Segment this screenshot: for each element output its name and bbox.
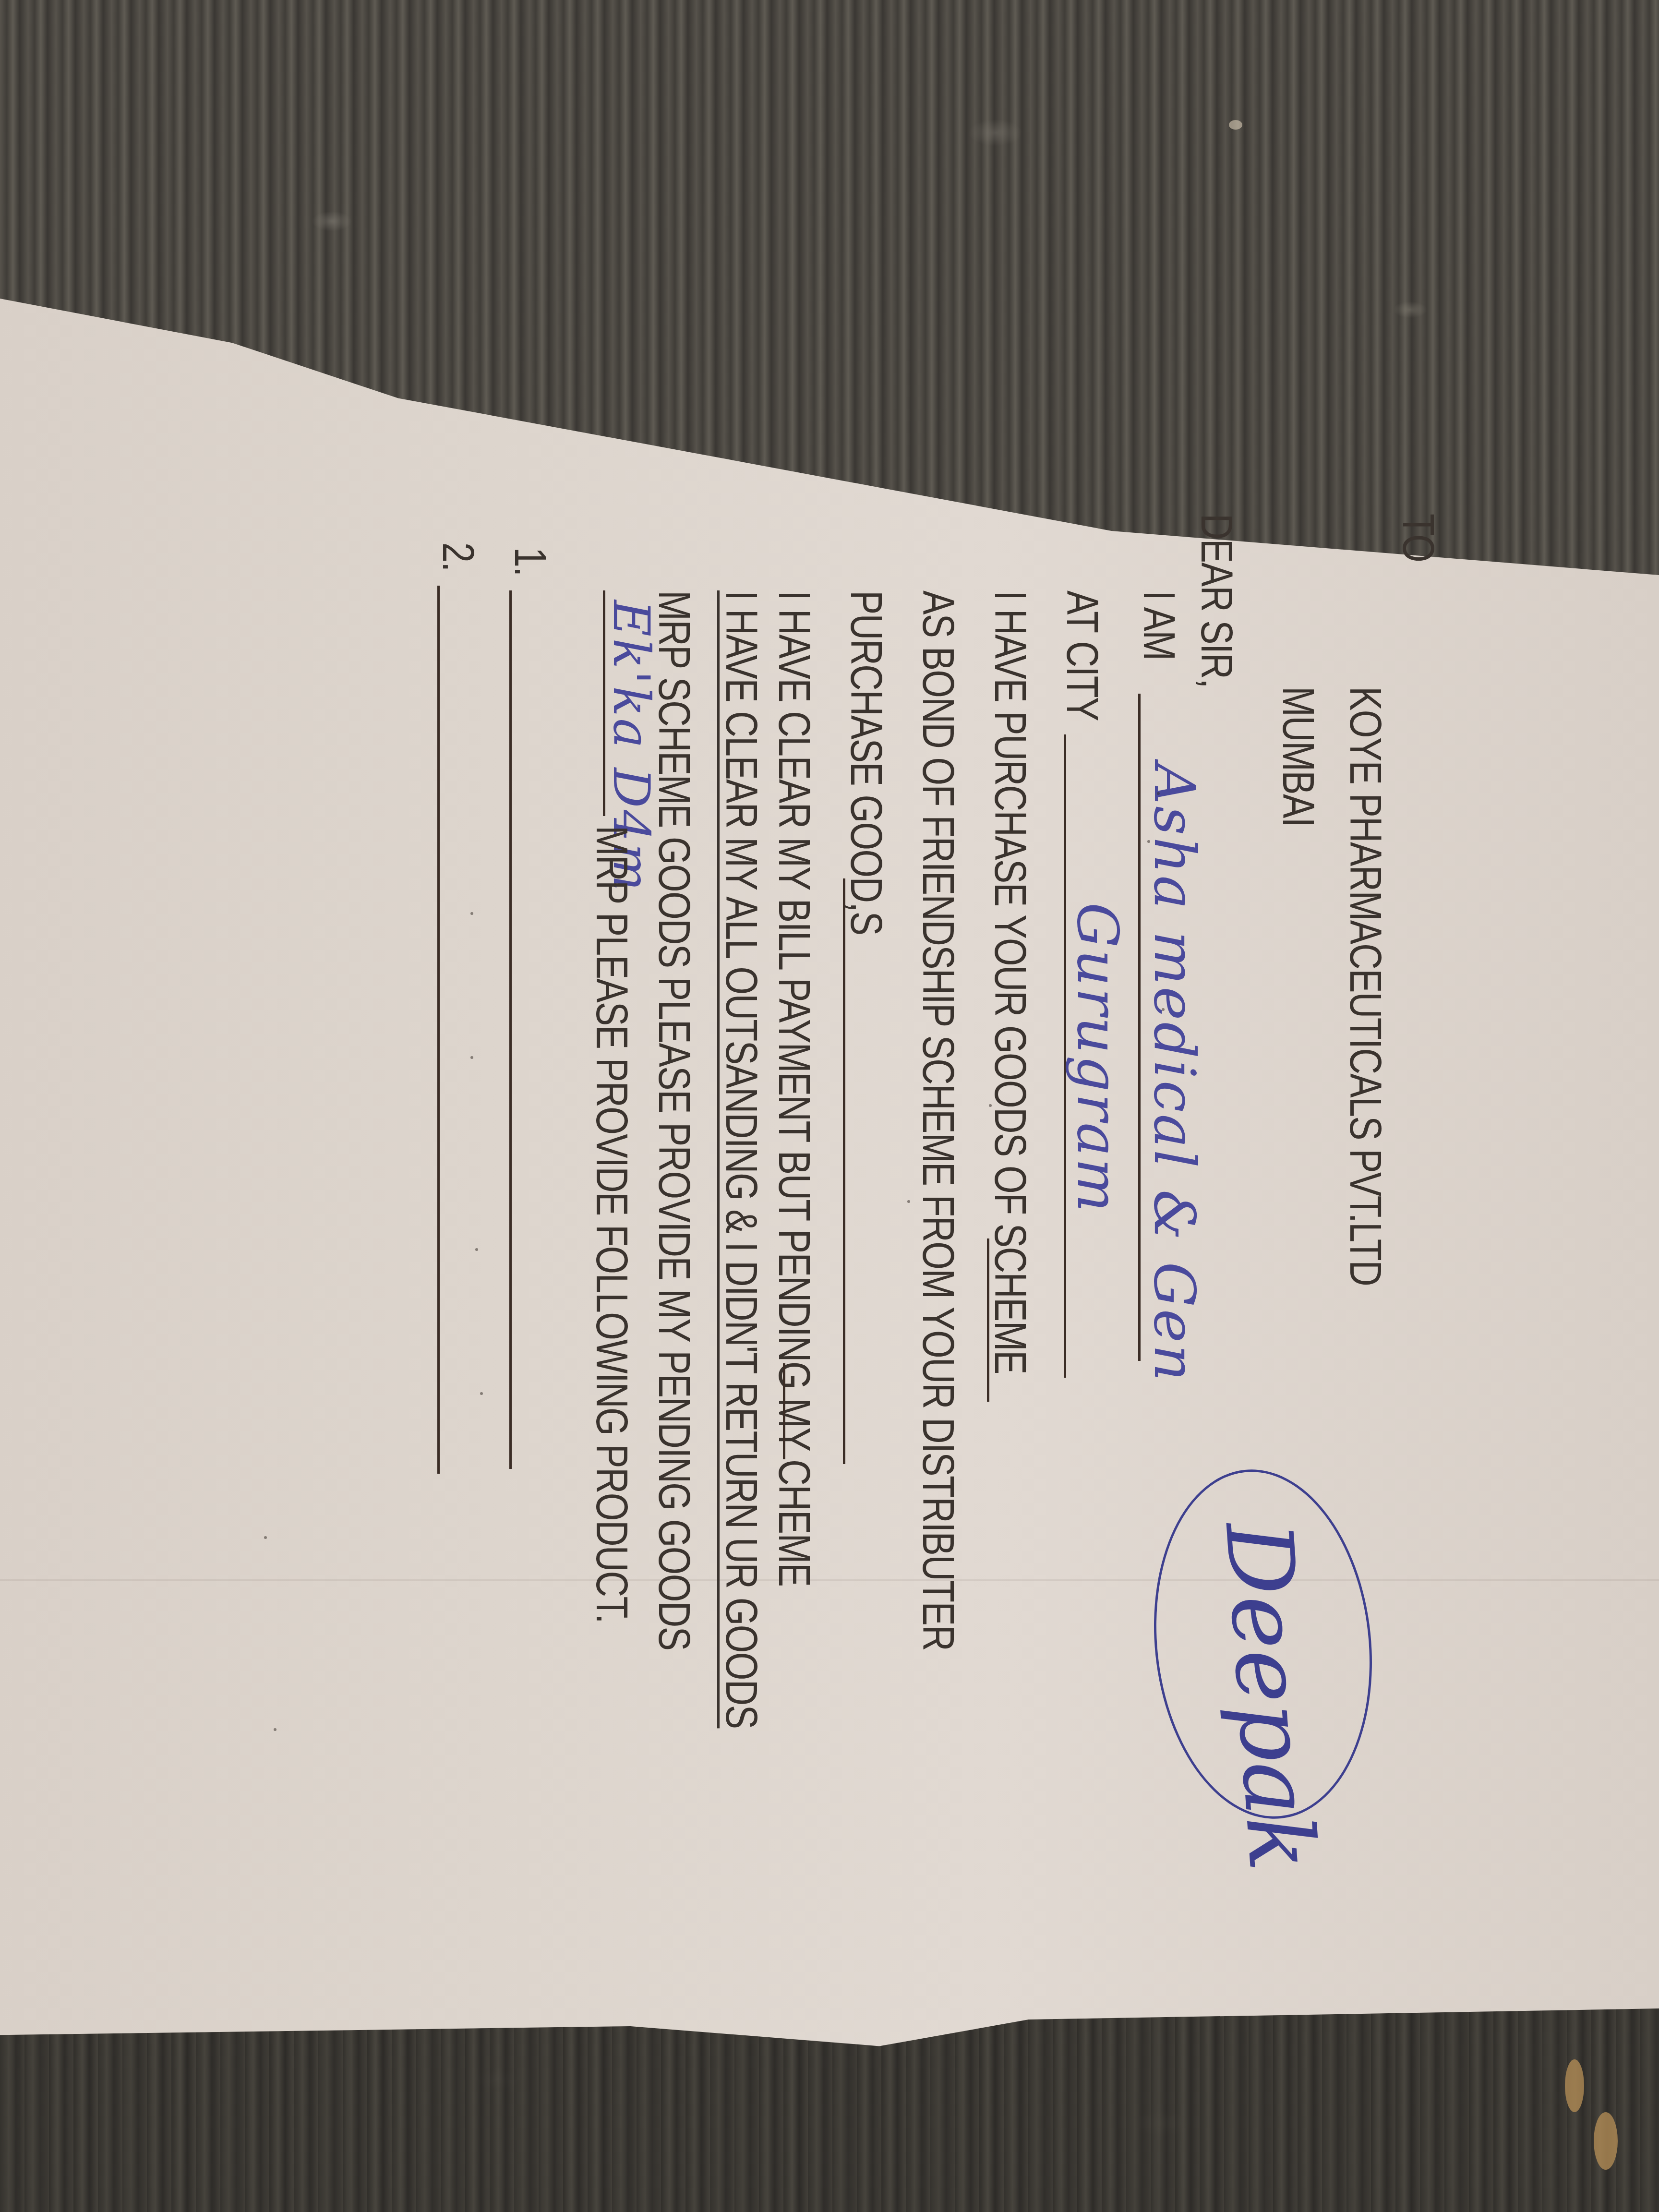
print-speck: [989, 1104, 992, 1107]
body-line-5-underlined: I HAVE CLEAR MY ALL OUTSANDING & I DIDN'…: [716, 590, 766, 1728]
print-speck: [1157, 792, 1160, 795]
print-speck: [1147, 840, 1150, 843]
print-speck: [1162, 1008, 1165, 1011]
product-item-line-2[interactable]: [437, 586, 440, 1474]
print-speck: [470, 912, 473, 915]
recipient-company: KOYE PHARMACEUTICALS PVT.LTD: [1340, 686, 1390, 1286]
letter-document: TO KOYE PHARMACEUTICALS PVT.LTD MUMBAI D…: [0, 0, 1659, 2212]
print-speck: [470, 1056, 473, 1059]
product-item-line-1[interactable]: [509, 590, 512, 1469]
print-speck: [274, 1728, 276, 1731]
print-speck: [475, 1248, 478, 1251]
recipient-city: MUMBAI: [1273, 686, 1323, 827]
scheme-blank-line: [987, 1238, 989, 1402]
to-label: TO: [1393, 514, 1443, 562]
print-speck: [264, 1536, 267, 1539]
print-speck: [907, 1200, 910, 1203]
product-item-number-2: 2.: [433, 542, 483, 571]
at-city-handwritten-value[interactable]: Gurugram: [1065, 902, 1131, 1214]
purchase-goods-blank-line: [843, 878, 845, 1464]
i-am-label: I AM: [1133, 590, 1184, 660]
body-line-1: I HAVE PURCHASE YOUR GOODS OF SCHEME: [985, 590, 1035, 1374]
i-am-blank-line: [1138, 694, 1141, 1361]
body-line-7: MRP PLEASE PROVIDE FOLLOWING PRODUCT.: [586, 826, 637, 1623]
print-speck: [480, 1392, 483, 1395]
product-item-number-1: 1.: [505, 547, 555, 576]
body-line-3: PURCHASE GOOD,S: [841, 590, 891, 935]
salutation: DEAR SIR,: [1191, 514, 1241, 688]
body-line-2: AS BOND OF FRIENDSHIP SCHEME FROM YOUR D…: [913, 590, 963, 1650]
body-line-4: I HAVE CLEAR MY BILL PAYMENT BUT PENDING…: [769, 590, 819, 1586]
i-am-handwritten-value[interactable]: Asha medical & Gen: [1142, 763, 1208, 1383]
at-city-label: AT CITY: [1057, 590, 1107, 721]
cheme-blank-line: [783, 1363, 785, 1459]
